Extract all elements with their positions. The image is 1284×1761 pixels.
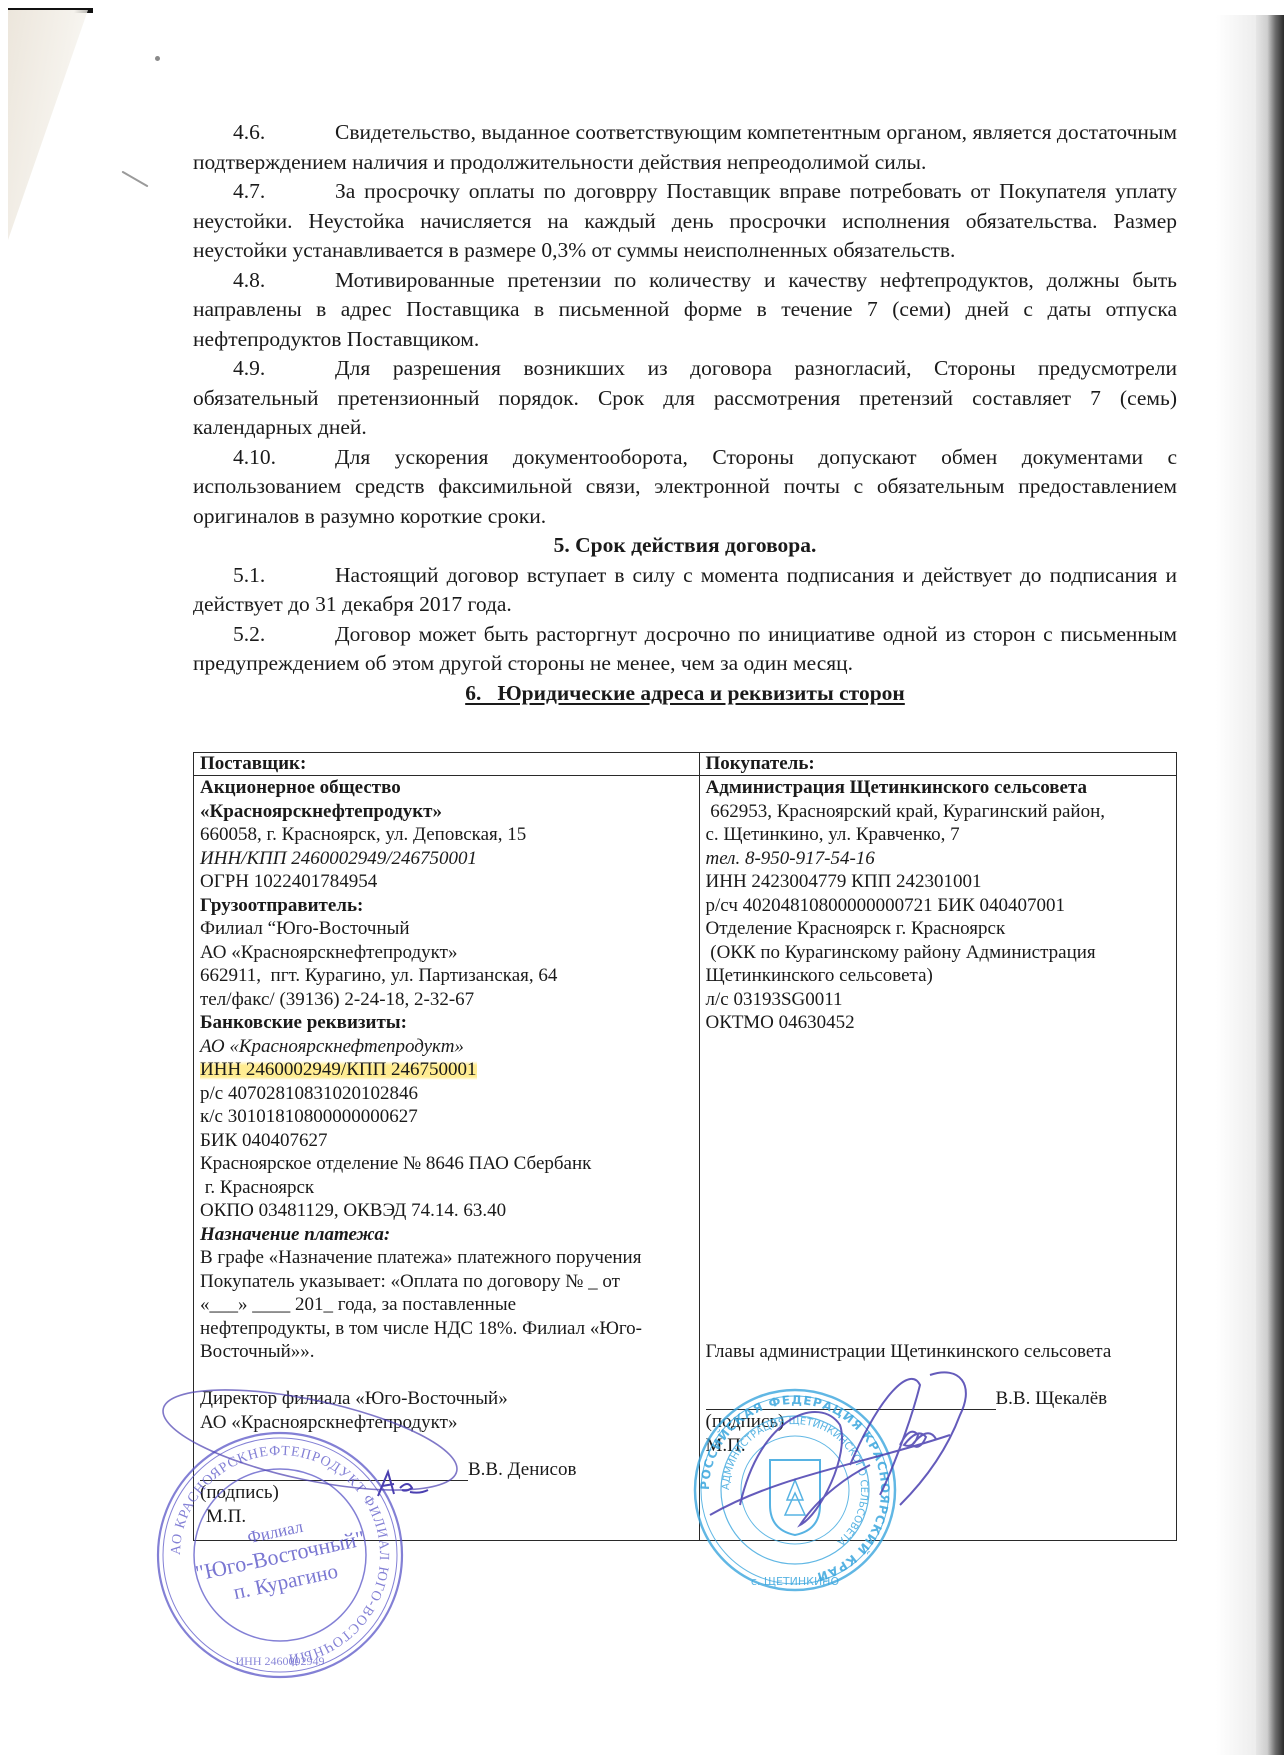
buyer-signer-title: Главы администрации Щетинкинского сельсо…: [706, 1340, 1171, 1364]
buyer-bank-line2: (ОКК по Курагинскому району Администраци…: [706, 941, 1171, 965]
clause-5-1: 5.1.Настоящий договор вступает в силу с …: [193, 561, 1177, 620]
clause-5-2: 5.2.Договор может быть расторгнут досроч…: [193, 620, 1177, 679]
clause-4-9: 4.9.Для разрешения возникших из договора…: [193, 354, 1177, 443]
buyer-address-line1: 662953, Красноярский край, Курагинский р…: [706, 800, 1171, 824]
supplier-signature-caption: (подпись): [200, 1481, 693, 1505]
buyer-phone-row: тел. 8-950-917-54-16: [706, 847, 1171, 871]
document-page: 4.6.Свидетельство, выданное соответствую…: [193, 118, 1177, 708]
payment-line3: «___» ____ 201_ года, за поставленные: [200, 1293, 693, 1317]
clause-4-10: 4.10.Для ускорения документооборота, Сто…: [193, 443, 1177, 532]
supplier-signer-name: В.В. Денисов: [468, 1459, 576, 1480]
supplier-signer-title2: АО «Красноярскнефтепродукт»: [200, 1411, 693, 1435]
clause-text: За просрочку оплаты по договрру Поставщи…: [193, 179, 1177, 262]
clause-text: Договор может быть расторгнут досрочно п…: [193, 622, 1177, 676]
clause-text: Для ускорения документооборота, Стороны …: [193, 445, 1177, 528]
payment-line5: Восточный»».: [200, 1340, 693, 1364]
buyer-signer-name: В.В. Щекалёв: [996, 1388, 1108, 1409]
bank-branch-line1: Красноярское отделение № 8646 ПАО Сберба…: [200, 1152, 693, 1176]
section-6-title: 6. Юридические адреса и реквизиты сторон: [193, 679, 1177, 709]
buyer-name: Администрация Щетинкинского сельсовета: [706, 776, 1171, 800]
table-header-row: Поставщик: Покупатель:: [194, 753, 1177, 776]
clause-4-6: 4.6.Свидетельство, выданное соответствую…: [193, 118, 1177, 177]
buyer-details: Администрация Щетинкинского сельсовета 6…: [699, 776, 1177, 1541]
supplier-details: Акционерное общество «Красноярскнефтепро…: [194, 776, 700, 1541]
buyer-bank-line1: Отделение Красноярск г. Красноярск: [706, 917, 1171, 941]
clause-4-8: 4.8.Мотивированные претензии по количест…: [193, 266, 1177, 355]
buyer-ls: л/с 03193SG0011: [706, 988, 1171, 1012]
clause-number: 4.10.: [233, 443, 335, 473]
scan-edge-shadow: [1216, 15, 1256, 1755]
buyer-signature-caption: (подпись): [706, 1410, 1171, 1434]
shipper-phone: тел/факс/ (39136) 2-24-18, 2-32-67: [200, 988, 693, 1012]
clause-number: 5.1.: [233, 561, 335, 591]
supplier-name-line2: «Красноярскнефтепродукт»: [200, 800, 693, 824]
scan-right-edge: [1256, 15, 1284, 1755]
payment-line1: В графе «Назначение платежа» платежного …: [200, 1246, 693, 1270]
section-5-title: 5. Срок действия договора.: [193, 531, 1177, 561]
highlighted-inn-kpp: ИНН 2460002949/КПП 246750001: [200, 1059, 477, 1080]
clause-number: 4.9.: [233, 354, 335, 384]
bank-company: АО «Красноярскнефтепродукт»: [200, 1035, 693, 1059]
scan-scratch: [122, 171, 149, 188]
requisites-table: Поставщик: Покупатель: Акционерное общес…: [193, 752, 1177, 1541]
buyer-phone-label: тел.: [706, 848, 741, 869]
shipper-line2: АО «Красноярскнефтепродукт»: [200, 941, 693, 965]
supplier-address: 660058, г. Красноярск, ул. Деповская, 15: [200, 823, 693, 847]
bank-inn-kpp-row: ИНН 2460002949/КПП 246750001: [200, 1058, 693, 1082]
supplier-signer-title1: Директор филиала «Юго-Восточный»: [200, 1387, 693, 1411]
buyer-address-line2: с. Щетинкино, ул. Кравченко, 7: [706, 823, 1171, 847]
okpo-okved: ОКПО 03481129, ОКВЭД 74.14. 63.40: [200, 1199, 693, 1223]
payment-line4: нефтепродукты, в том числе НДС 18%. Фили…: [200, 1317, 693, 1341]
clause-number: 4.6.: [233, 118, 335, 148]
clause-text: Настоящий договор вступает в силу с моме…: [193, 563, 1177, 617]
bank-bik: БИК 040407627: [200, 1129, 693, 1153]
buyer-seal-caption: М.П.: [706, 1434, 1171, 1458]
stamp-bottom-text: ИНН 2460002949: [236, 1654, 325, 1668]
stamp-bottom-text: с. ЩЕТИНКИНО: [751, 1575, 840, 1588]
clause-text: Мотивированные претензии по количеству и…: [193, 268, 1177, 351]
buyer-signature-row: В.В. Щекалёв: [706, 1387, 1171, 1411]
buyer-rs-bik: р/сч 40204810800000000721 БИК 040407001: [706, 894, 1171, 918]
clause-text: Для разрешения возникших из договора раз…: [193, 356, 1177, 439]
scan-speck: [155, 56, 160, 61]
table-body-row: Акционерное общество «Красноярскнефтепро…: [194, 776, 1177, 1541]
buyer-phone: 8-950-917-54-16: [745, 848, 875, 869]
payment-line2: Покупатель указывает: «Оплата по договор…: [200, 1270, 693, 1294]
buyer-header: Покупатель:: [699, 753, 1177, 776]
supplier-ogrn: ОГРН 1022401784954: [200, 870, 693, 894]
clause-4-7: 4.7.За просрочку оплаты по договрру Пост…: [193, 177, 1177, 266]
supplier-inn-kpp: ИНН/КПП 2460002949/246750001: [200, 847, 693, 871]
bank-rs: р/с 40702810831020102846: [200, 1082, 693, 1106]
buyer-inn-kpp: ИНН 2423004779 КПП 242301001: [706, 870, 1171, 894]
supplier-header: Поставщик:: [194, 753, 700, 776]
scan-folded-corner: [8, 10, 88, 240]
payment-label: Назначение платежа:: [200, 1223, 693, 1247]
bank-ks: к/с 30101810800000000627: [200, 1105, 693, 1129]
buyer-bank-line3: Щетинкинского сельсовета): [706, 964, 1171, 988]
supplier-seal-caption: М.П.: [200, 1505, 693, 1529]
bank-label: Банковские реквизиты:: [200, 1011, 693, 1035]
stamp-center-line3: п. Курагино: [231, 1559, 340, 1605]
shipper-line1: Филиал “Юго-Восточный: [200, 917, 693, 941]
supplier-signature-row: В.В. Денисов: [200, 1458, 693, 1482]
clause-number: 4.8.: [233, 266, 335, 296]
clause-number: 5.2.: [233, 620, 335, 650]
supplier-name-line1: Акционерное общество: [200, 776, 693, 800]
shipper-address: 662911, пгт. Курагино, ул. Партизанская,…: [200, 964, 693, 988]
buyer-oktmo: ОКТМО 04630452: [706, 1011, 1171, 1035]
bank-branch-line2: г. Красноярск: [200, 1176, 693, 1200]
clause-number: 4.7.: [233, 177, 335, 207]
clause-text: Свидетельство, выданное соответствующим …: [193, 120, 1177, 174]
shipper-label: Грузоотправитель:: [200, 894, 693, 918]
